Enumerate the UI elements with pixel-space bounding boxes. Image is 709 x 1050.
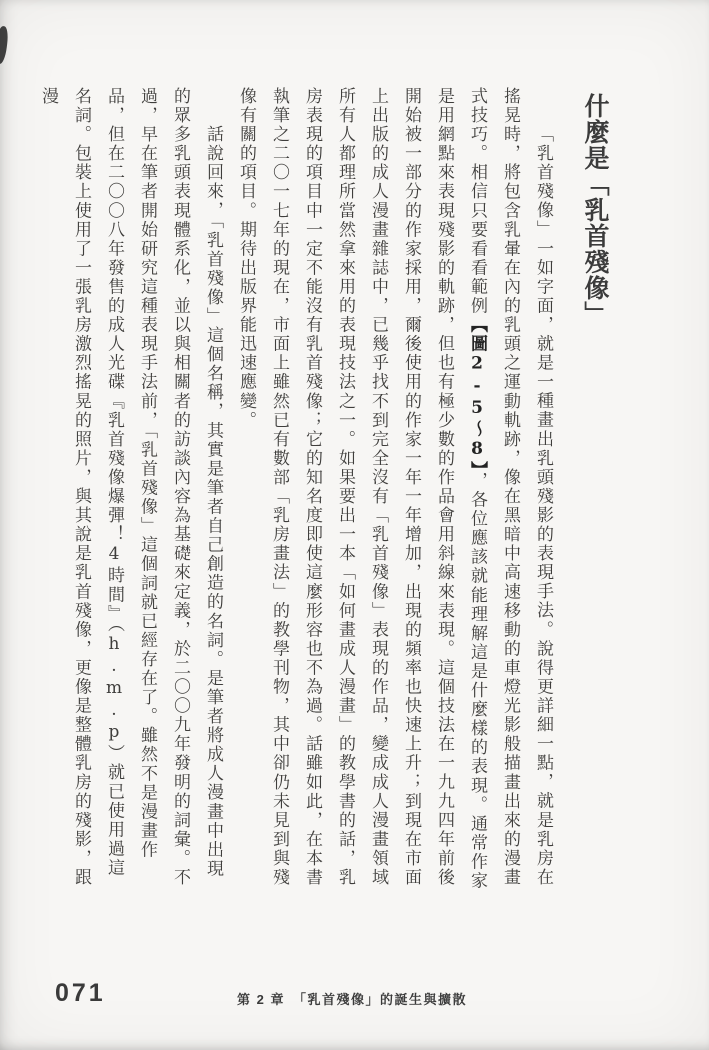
paragraph: 「乳首殘像」一如字面，就是一種畫出乳頭殘影的表現手法。說得更詳細一點，就是乳房在… xyxy=(229,87,559,892)
text-run: 2-5～8 xyxy=(467,354,487,461)
page-number: 071 xyxy=(55,979,106,1008)
text-run: h.m.p xyxy=(104,634,124,744)
text-run: ，各位應該就能理解這是什麼樣的表現。通常作家是用網點來表現殘影的軌跡，但也有極少… xyxy=(236,87,487,891)
paragraph: 話說回來，「乳首殘像」這個名稱，其實是筆者自己創造的名詞。是筆者將成人漫畫中出現… xyxy=(31,87,229,892)
section-title: 什麼是「乳首殘像」 xyxy=(577,93,613,327)
text-run: 】 xyxy=(467,461,487,472)
book-page: 什麼是「乳首殘像」 「乳首殘像」一如字面，就是一種畫出乳頭殘影的表現手法。說得更… xyxy=(0,0,709,1050)
text-run: 4 xyxy=(104,544,124,566)
footer-chapter: 第 2 章 「乳首殘像」的誕生與擴散 xyxy=(237,989,467,1008)
scan-artifact xyxy=(0,25,9,64)
text-run: 【圖 xyxy=(467,316,487,354)
article-body: 「乳首殘像」一如字面，就是一種畫出乳頭殘影的表現手法。說得更詳細一點，就是乳房在… xyxy=(54,87,559,892)
text-run: 時間』（ xyxy=(104,566,124,634)
